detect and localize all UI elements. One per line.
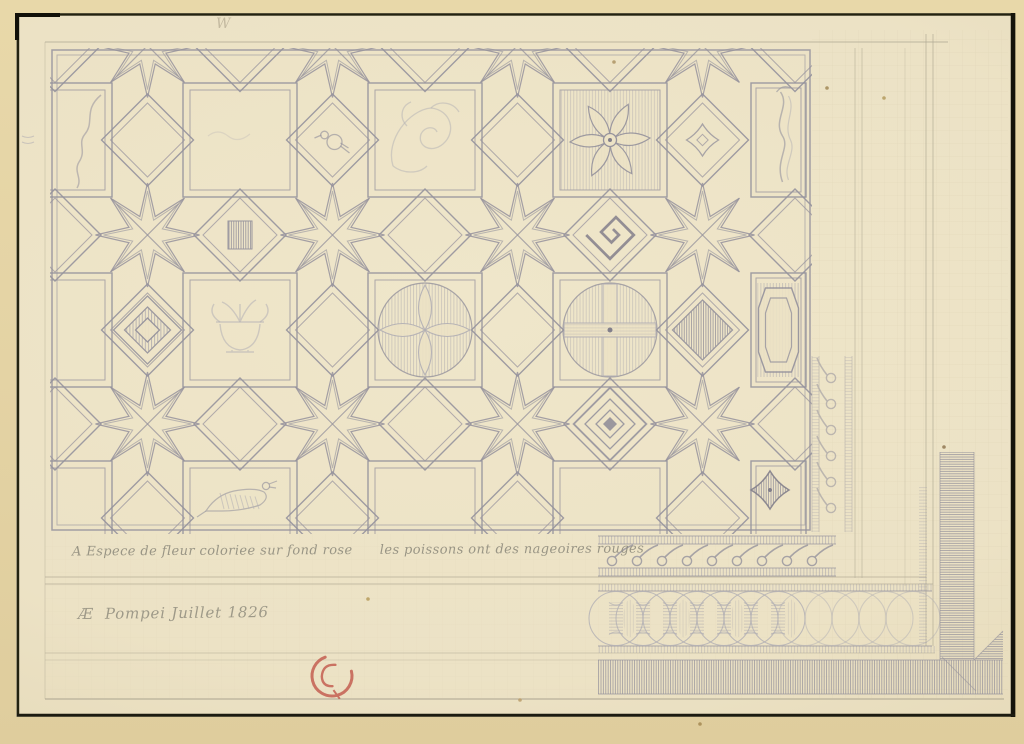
foxing-spot (942, 445, 946, 449)
diamond-duck-bird (287, 94, 379, 186)
motif-cross-circle (563, 283, 657, 377)
motif-meander-key (586, 211, 634, 259)
diamond (194, 378, 286, 470)
foxing-spot (518, 698, 522, 702)
hatched-band-bottom (598, 660, 1003, 694)
coffer-square-octagon-panel (751, 273, 806, 387)
motif-rosette (560, 90, 660, 190)
motif-quatrefoil-circle (378, 283, 472, 377)
diamond (9, 189, 101, 281)
motif-concave-square (687, 124, 719, 156)
motif-faint-marks (208, 132, 250, 140)
coffer-square-vase (183, 273, 297, 387)
diamond-concentric-diamonds (564, 378, 656, 470)
diamond (379, 378, 471, 470)
coffer-square-quatrefoil-circle (368, 273, 482, 387)
motif-concave-square-hatched (751, 471, 789, 509)
diamond-hatched-fill (657, 284, 749, 376)
motif-vase (212, 300, 268, 352)
diamond-concave-square (657, 94, 749, 186)
motif-hatched-fill (673, 300, 733, 360)
foxing-spot (882, 96, 886, 100)
motif-hatched-square (228, 221, 252, 249)
coffer-pattern (0, 0, 841, 575)
eight-pointed-star (96, 372, 200, 476)
diamond-striped-nested (102, 284, 194, 376)
diamond (472, 284, 564, 376)
eight-pointed-star (651, 183, 755, 287)
coffer-square-faint-marks (183, 83, 297, 197)
eight-pointed-star (96, 183, 200, 287)
pattern-drawing (0, 0, 1024, 744)
motif-striped-nested (114, 296, 182, 364)
foxing-spot (698, 722, 702, 726)
foxing-spot (366, 597, 370, 601)
diamond-hatched-square (194, 189, 286, 281)
eight-pointed-star (281, 372, 385, 476)
coffer-square-rosette (553, 83, 667, 197)
eight-pointed-star (651, 372, 755, 476)
motif-squiggle (77, 95, 101, 188)
motif-floral-scroll (391, 102, 459, 172)
diamond (379, 189, 471, 281)
coffer-square-floral-scroll (368, 83, 482, 197)
artist-signature-date: Æ Pompei Juillet 1826 (78, 603, 269, 623)
coffer-square-cross-circle (553, 273, 667, 387)
foxing-spot (825, 86, 829, 90)
eight-pointed-star (466, 372, 570, 476)
pencil-corner-mark: W (216, 16, 232, 32)
motif-flame-panel (777, 87, 793, 182)
motif-duck-bird (315, 131, 350, 153)
coffer-square-flame-panel (751, 83, 806, 197)
caption-annotation: A Espece de fleur coloriee sur fond rose… (72, 542, 644, 560)
eight-pointed-star (466, 183, 570, 287)
motif-concentric-diamonds (574, 388, 646, 460)
foxing-spot (612, 60, 616, 64)
diamond (472, 94, 564, 186)
diamond (9, 378, 101, 470)
diamond-meander-key (564, 189, 656, 281)
diamond (102, 94, 194, 186)
eight-pointed-star (281, 183, 385, 287)
diamond (287, 284, 379, 376)
motif-octagon-panel (758, 283, 800, 377)
motif-walking-bird (197, 481, 277, 517)
scanned-drawing-page: A Espece de fleur coloriee sur fond rose… (0, 0, 1024, 744)
